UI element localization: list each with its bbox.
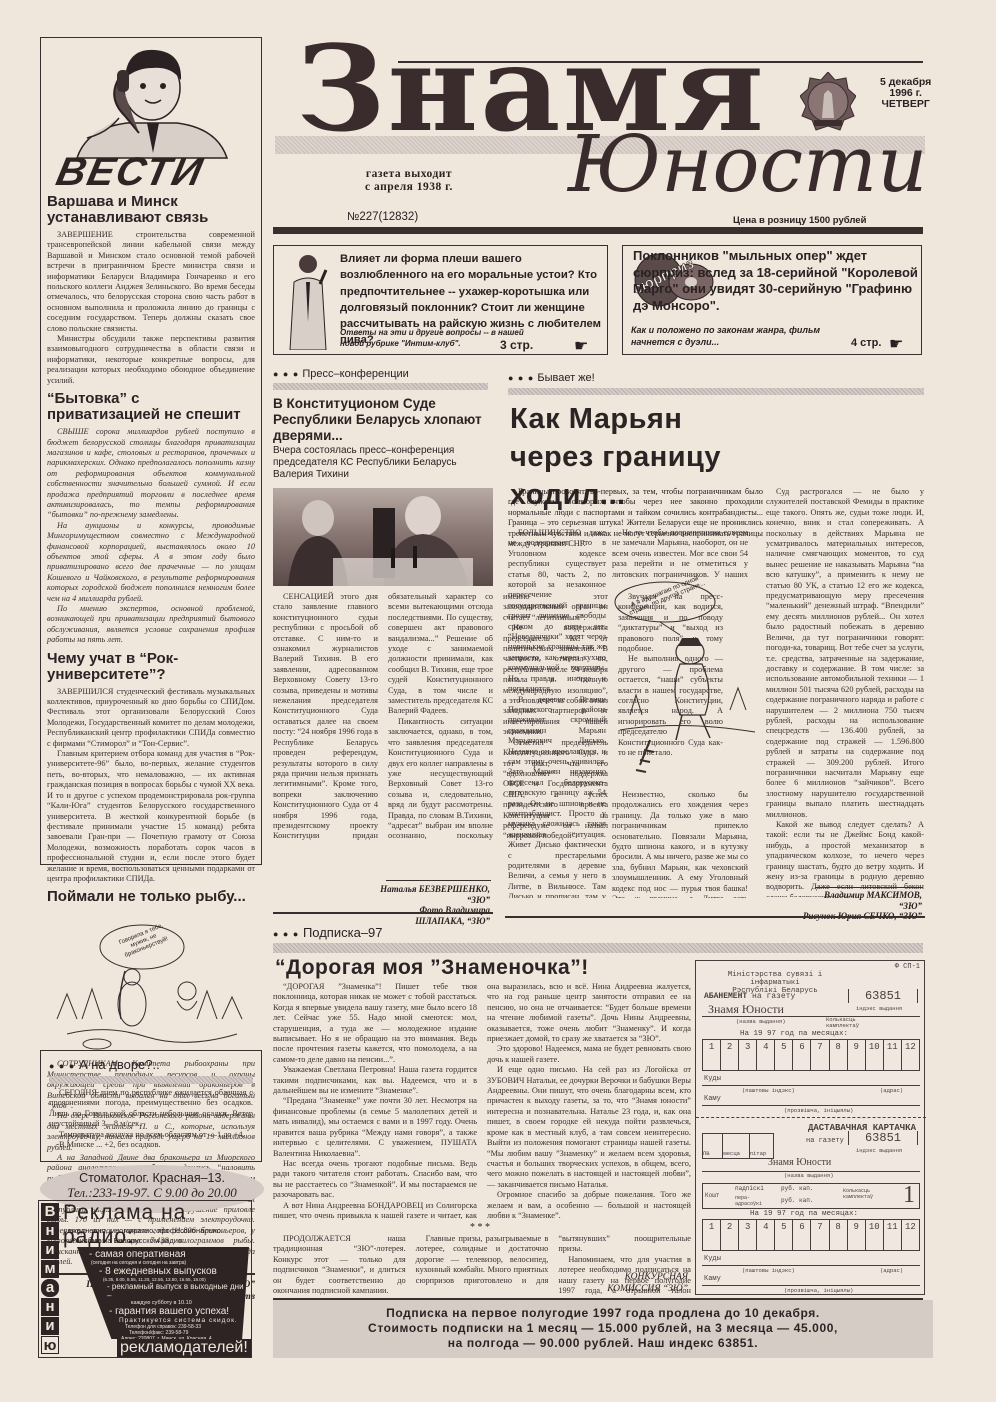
form-hint: (назва выдання) [736,1018,786,1025]
radio-ad-item: - 8 ежедневных выпусков [81,1266,245,1277]
man-with-phone-icon [280,252,336,350]
man-on-phone-icon: ВЕСТИ [47,38,255,188]
whom-field[interactable] [702,1105,920,1106]
weather-body: СЕГОДНЯ днем по республике ожидается обл… [49,1088,253,1150]
paragraph: Главным критерием отбора команд для учас… [47,749,255,884]
month-cell[interactable]: 11 [884,1220,902,1250]
paragraph: ЗАВЕРШИЛСЯ студенческий фестиваль музыка… [47,687,255,749]
rubric-label: Подписка–97 [303,925,383,940]
press-body: СЕНСАЦИЕЙ этого дня стало заявление глав… [273,592,493,850]
paragraph: ПРОДОЛЖАЕТСЯ наша традиционная “ЗЮ”-лоте… [273,1234,406,1296]
card-months-grid[interactable]: 123456789101112 [702,1219,920,1251]
month-cell[interactable]: 7 [811,1220,829,1250]
month-cell[interactable]: 2 [721,1220,739,1250]
pointing-hand-icon: ☛ [889,334,903,354]
feature-rubric: ● ● ● Бывает же! [508,372,595,384]
paragraph: Уважаемая Светлана Петровна! Наша газета… [273,1065,477,1096]
paragraph: Огромное спасибо за добрые пожелания. То… [487,1190,691,1221]
paragraph: СВЫШЕ сорока миллиардов рублей поступило… [47,427,255,521]
copies-value[interactable]: 1 [903,1182,915,1209]
month-cell[interactable]: 6 [793,1040,811,1070]
press-rubric: ● ● ● Пресс–конференции [273,368,409,380]
radio-ad: В н и м а н и ю Реклама на радио: - ежед… [38,1200,252,1358]
form-hint: (назва выдання) [784,1172,834,1179]
index-field[interactable]: 63851 [848,989,918,1003]
rubric-label: Бывает же! [537,372,594,384]
month-cell[interactable]: 2 [721,1040,739,1070]
copies-label: Колькасць камплектаў [843,1188,893,1200]
letter: и [41,1317,59,1335]
paragraph: Неизвестно, сколько бы продолжались его … [612,790,748,898]
month-cell[interactable]: 7 [811,1040,829,1070]
bullet-dots-icon: ● ● ● [273,369,299,379]
vesti-article-1-title: Варшава и Минск устанавливают связь [47,194,255,226]
month-cell[interactable]: 3 [739,1220,757,1250]
vesti-article-3-body: ЗАВЕРШИЛСЯ студенческий фестиваль музыка… [47,687,255,885]
index-label: індэкс выдання [856,1147,902,1154]
card-index-field[interactable]: 63851 [848,1131,918,1145]
year-line: На 19 97 год па месяцах: [750,1210,858,1218]
teaser-intim-club[interactable]: Влияет ли форма плеши вашего возлюбленно… [273,245,608,355]
paragraph: Это здорово! Надеемся, мама не будет рев… [487,1044,691,1065]
masthead-subtitle: Юности [568,126,927,204]
publication-name-field[interactable]: Знамя Юности [708,1002,784,1017]
card-where-field[interactable] [702,1265,920,1266]
radio-ad-sub: Реклама на Белорусском радио: [71,1236,184,1245]
stars-divider: * * * [470,1222,490,1233]
bullet-dots-icon: ● ● ● [49,1061,75,1071]
feature-col-1: БОЛЬШИНСТВО даже не подозревает, что в У… [508,528,606,898]
vesti-article-2-title: “Бытовка” с приватизацией не спешит [47,391,255,423]
teaser-note: Как и положено по законам жанра, фильм н… [631,324,841,348]
paragraph: СЕГОДНЯ днем по республике ожидается обл… [49,1088,253,1130]
readdress-label: пера-адрасоўкі [735,1195,765,1207]
month-cell[interactable]: 8 [830,1040,848,1070]
form-hint: (паштовы індэкс) [742,1087,795,1094]
teaser-soap-opera[interactable]: сюрприз Поклонников "мыльных опер" ждет … [622,245,922,355]
page-ref: 4 стр. [851,337,881,349]
month-cell[interactable]: 5 [775,1220,793,1250]
paragraph: По мнению экспертов, основной проблемой,… [47,604,255,646]
form-hint: (прозвішча, ініцыялы) [784,1287,853,1294]
vesti-article-2-body: СВЫШЕ сорока миллиардов рублей поступило… [47,427,255,646]
month-cell[interactable]: 9 [848,1220,866,1250]
radio-ad-item: Практикуется система скидок. [81,1317,245,1324]
month-cell[interactable]: 8 [830,1220,848,1250]
form-line [702,1016,920,1017]
form-title: АБАНЕМЕНТ [704,992,747,1001]
form-on: на [752,992,762,1001]
pv-cells: ПВ месца літар [702,1133,774,1159]
divider [49,1076,253,1084]
weather-box: ● ● ● А на дворе?.. СЕГОДНЯ днем по респ… [40,1050,262,1162]
paragraph: И еще одно письмо. На сей раз из Логойск… [487,1065,691,1190]
paragraph: “Предана ”Знаменке” уже почти 30 лет. Не… [273,1096,477,1158]
feature-col-2b: Неизвестно, сколько бы продолжались его … [612,790,748,898]
paragraph: БОЛЬШИНСТВО даже не подозревает, что в У… [508,528,606,695]
rubric-label: Пресс–конференции [302,368,408,380]
fishermen-cartoon: Говорила я тебе, мужик, не браконьерству… [47,909,255,1059]
banner-text: Подписка на первое полугодие 1997 года п… [273,1306,933,1351]
month-cell[interactable]: 12 [902,1220,919,1250]
month-cell[interactable]: 5 [775,1040,793,1070]
rubric-label: А на дворе?.. [79,1057,160,1072]
press-headline: В Конституционом Суде Республики Беларус… [273,396,483,444]
divider [273,383,488,390]
form-code: Ф СП-1 [895,963,920,971]
letter: н [41,1222,59,1240]
divider [505,916,925,918]
vertical-attention-word: В н и м а н и ю [41,1203,59,1354]
issue-date: 5 декабря 1996 г. ЧЕТВЕРГ [880,77,931,110]
weekday: ЧЕТВЕРГ [880,99,931,110]
dentist-phone: Тел.:233-19-97. С 9.00 до 20.00 [40,1185,264,1201]
divider [815,887,923,888]
subscription-form[interactable]: Ф СП-1 Міністэрства сувязі і інфарматыкі… [695,960,925,1295]
paragraph: Какой же вывод следует сделать? А такой:… [766,820,924,897]
abonement-row: АБАНЕМЕНТ на газету [704,992,795,1001]
copies-label: Колькасць камплектаў [826,1017,886,1029]
paragraph: Не то чтобы пограничники совсем не замеч… [612,528,748,580]
subscription-body: “ДОРОГАЯ ”Знаменка”! Пишет тебе твоя пок… [273,982,691,1222]
border-walker-cartoon: А я иду шагаю по одной стране, по другой… [610,580,760,785]
press-signature: Наталья БЕЗВЕРШЕНКО, “ЗЮ” Фото Владимира… [380,884,490,926]
paragraph: Суд растрогался — не было у служителей п… [766,487,924,820]
order-medal-icon [800,72,856,134]
divider [273,943,923,953]
feature-col-3: Суд растрогался — не было у служителей п… [766,487,924,897]
month-cell[interactable]: 10 [866,1220,884,1250]
where-label: Куды [704,1075,721,1083]
month-cell[interactable]: 3 [739,1040,757,1070]
month-cell[interactable]: 4 [757,1220,775,1250]
letter: ю [41,1336,59,1354]
vesti-article-4-title: Поймали не только рыбу... [47,889,255,905]
pv-label: ПВ [703,1134,723,1158]
divider [386,880,491,881]
cost-row: Кошт падпіскі пера-адрасоўкі руб. кап. р… [702,1183,920,1209]
paragraph: Температура воздуха по всем областям от … [49,1130,253,1140]
pointing-hand-icon: ☛ [574,336,588,356]
subscription-banner: Подписка на первое полугодие 1997 года п… [273,1300,933,1358]
place-label: месца [723,1134,749,1158]
bullet-dots-icon: ● ● ● [508,373,534,383]
subscription-rubric: ● ● ● Подписка–97 [273,925,383,940]
form-gazette: газету [819,1137,844,1145]
whom-label: Каму [704,1095,721,1103]
form-on: на [806,1137,814,1145]
card-gazette: на газету [806,1137,844,1145]
month-cell[interactable]: 9 [848,1040,866,1070]
radio-ad-sub: - ежедневно, многократно, профессиональн… [63,1226,223,1235]
radio-ad-item: - рекламный выпуск в выходные дни – [81,1282,245,1300]
form-hint: (адрас) [880,1267,903,1274]
vesti-column: ВЕСТИ Варшава и Минск устанавливают связ… [40,37,262,865]
divider [508,388,924,395]
vesti-article-3-title: Чему учат в “Рок-университете”? [47,651,255,683]
press-lead: Вчера состоялась пресс–конференция предс… [273,445,488,481]
letter: н [41,1298,59,1316]
year-line: На 19 97 год па месяцах: [740,1030,848,1038]
month-cell[interactable]: 1 [703,1040,721,1070]
issue-number: №227(12832) [347,211,418,223]
radio-ad-dark-panel: - самая оперативная (сегодня на сегодня … [77,1247,249,1339]
divider [273,912,493,914]
letter: В [41,1203,59,1221]
where-label: Куды [704,1255,721,1263]
retail-price: Цена в розницу 1500 рублей [733,215,866,226]
month-cell[interactable]: 11 [884,1040,902,1070]
vesti-article-1-body: ЗАВЕРШЕНИЕ строительства современной тра… [47,230,255,386]
cost-label: Кошт [705,1192,719,1199]
letter: а [41,1279,59,1297]
letter: м [41,1260,59,1278]
founded-note: газета выходит с апреля 1938 г. [365,168,453,194]
form-hint: (паштовы індэкс) [742,1267,795,1274]
where-field[interactable] [702,1085,920,1086]
form-gazette: газету [766,992,795,1001]
weather-rubric: ● ● ● А на дворе?.. [49,1057,253,1072]
radio-ad-footer: рекламодателей! [117,1339,251,1357]
paragraph: “ДОРОГАЯ ”Знаменка”! Пишет тебе твоя пок… [273,982,477,1065]
press-conference-photo [273,488,493,586]
paragraph: В деревне Величи Поставского района прож… [508,695,606,899]
letter: и [41,1241,59,1259]
radio-ad-item: - самая оперативная [81,1249,245,1260]
rub-kap-label: руб. кап. [781,1197,813,1204]
month-cell[interactable]: 1 [703,1220,721,1250]
liter-label: літар [750,1134,773,1158]
paragraph: Министры обсудили также перспективы разв… [47,334,255,386]
tear-line [696,1117,926,1118]
subscription-label: падпіскі [735,1185,764,1192]
month-cell[interactable]: 12 [902,1040,919,1070]
form-hint: (прозвішча, ініцыялы) [784,1107,853,1114]
whom-label: Каму [704,1275,721,1283]
radio-ad-item: - гарантия вашего успеха! [81,1306,245,1317]
page-ref: 3 стр. [500,338,533,352]
masthead-bottom-rule [273,227,923,234]
months-grid[interactable]: 123456789101112 [702,1039,920,1071]
rub-kap-label: руб. кап. [781,1185,813,1192]
paragraph: В Минске ... +2, без осадков. [49,1140,253,1150]
paragraph: ЗАВЕРШЕНИЕ строительства современной тра… [47,230,255,334]
form-hint: (адрас) [880,1087,903,1094]
month-cell[interactable]: 4 [757,1040,775,1070]
month-cell[interactable]: 10 [866,1040,884,1070]
lottery-signature: КОНКУРСНАЯ КОМИССИЯ “ЗЮ” [560,1271,688,1295]
paragraph: Нас всегда очень трогают подобные письма… [273,1159,477,1201]
month-cell[interactable]: 6 [793,1220,811,1250]
dentist-address: Стоматолог. Красная–13. [40,1171,264,1185]
vesti-logo: ВЕСТИ [52,150,208,195]
bullet-dots-icon: ● ● ● [273,929,299,939]
feature-col-2: Не то чтобы пограничники совсем не замеч… [612,528,748,580]
index-label: індэкс выдання [856,1005,902,1012]
card-publication-name[interactable]: Знамя Юности [768,1157,831,1168]
card-whom-field[interactable] [702,1285,920,1286]
subscription-headline: “Дорогая моя ”Знаменочка”! [275,956,589,980]
paragraph: На аукционы и конкурсы, проводимые Минго… [47,521,255,604]
teaser-text: Поклонников "мыльных опер" ждет сюрприз:… [633,248,919,314]
